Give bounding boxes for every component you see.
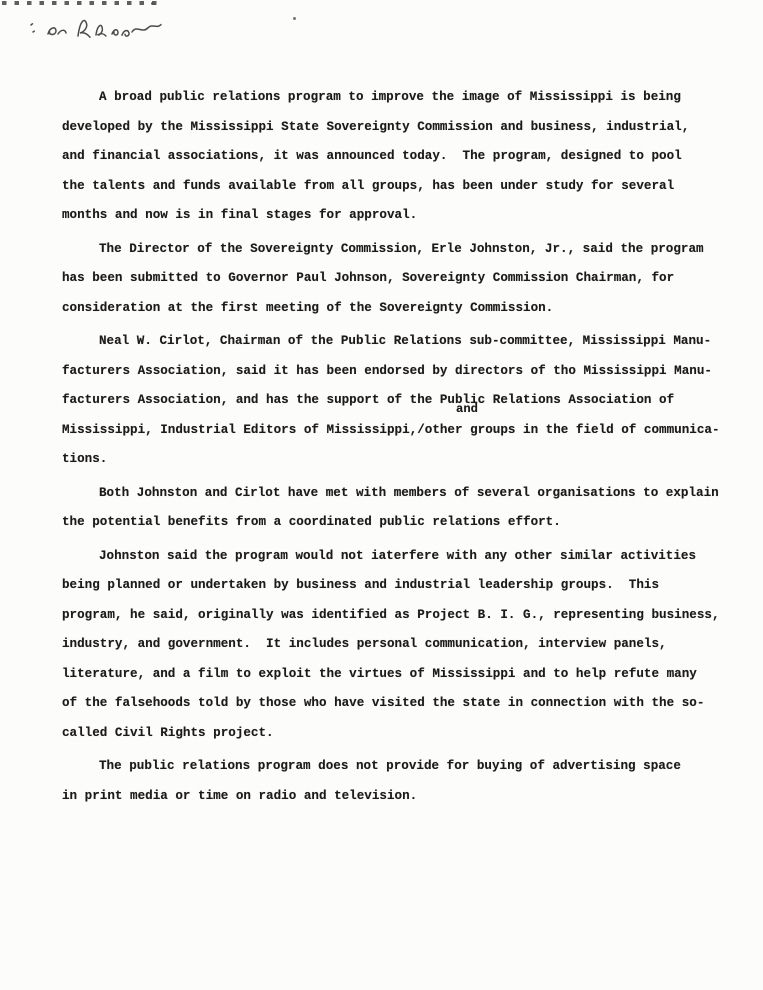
- text-line: Neal W. Cirlot, Chairman of the Public R…: [62, 327, 742, 357]
- text-line: developed by the Mississippi State Sover…: [62, 113, 742, 143]
- scan-speck: [151, 2, 155, 5]
- text-line: program, he said, originally was identif…: [62, 601, 742, 631]
- perforation-marks: [2, 1, 158, 5]
- text-block: A broad public relations program to impr…: [62, 83, 742, 811]
- text-line: facturers Association, and has the suppo…: [62, 386, 742, 416]
- text-line: facturers Association, said it has been …: [62, 357, 742, 387]
- text-line: A broad public relations program to impr…: [62, 83, 742, 113]
- text-line: tions.: [62, 445, 742, 475]
- paragraph: Johnston said the program would not iate…: [62, 542, 742, 749]
- text-line: Both Johnston and Cirlot have met with m…: [62, 479, 742, 509]
- paragraph: Neal W. Cirlot, Chairman of the Public R…: [62, 327, 742, 475]
- handwritten-annotation: [24, 8, 199, 50]
- text-line: Mississippi, Industrial Editors of Missi…: [62, 416, 742, 446]
- handwriting-stroke: [31, 20, 161, 37]
- text-line: being planned or undertaken by business …: [62, 571, 742, 601]
- text-line: and financial associations, it was annou…: [62, 142, 742, 172]
- text-line: in print media or time on radio and tele…: [62, 782, 742, 812]
- text-line: has been submitted to Governor Paul John…: [62, 264, 742, 294]
- text-line: called Civil Rights project.: [62, 719, 742, 749]
- text-line: consideration at the first meeting of th…: [62, 294, 742, 324]
- text-line: Johnston said the program would not iate…: [62, 542, 742, 572]
- text-line: months and now is in final stages for ap…: [62, 201, 742, 231]
- document-page: and A broad public relations program to …: [0, 0, 763, 990]
- text-line: the potential benefits from a coordinate…: [62, 508, 742, 538]
- text-line: the talents and funds available from all…: [62, 172, 742, 202]
- text-line: industry, and government. It includes pe…: [62, 630, 742, 660]
- scan-speck: [293, 17, 296, 20]
- text-line: literature, and a film to exploit the vi…: [62, 660, 742, 690]
- text-line: of the falsehoods told by those who have…: [62, 689, 742, 719]
- paragraph: The Director of the Sovereignty Commissi…: [62, 235, 742, 324]
- paragraph: A broad public relations program to impr…: [62, 83, 742, 231]
- paragraph: The public relations program does not pr…: [62, 752, 742, 811]
- text-line: The Director of the Sovereignty Commissi…: [62, 235, 742, 265]
- paragraph: Both Johnston and Cirlot have met with m…: [62, 479, 742, 538]
- text-line: The public relations program does not pr…: [62, 752, 742, 782]
